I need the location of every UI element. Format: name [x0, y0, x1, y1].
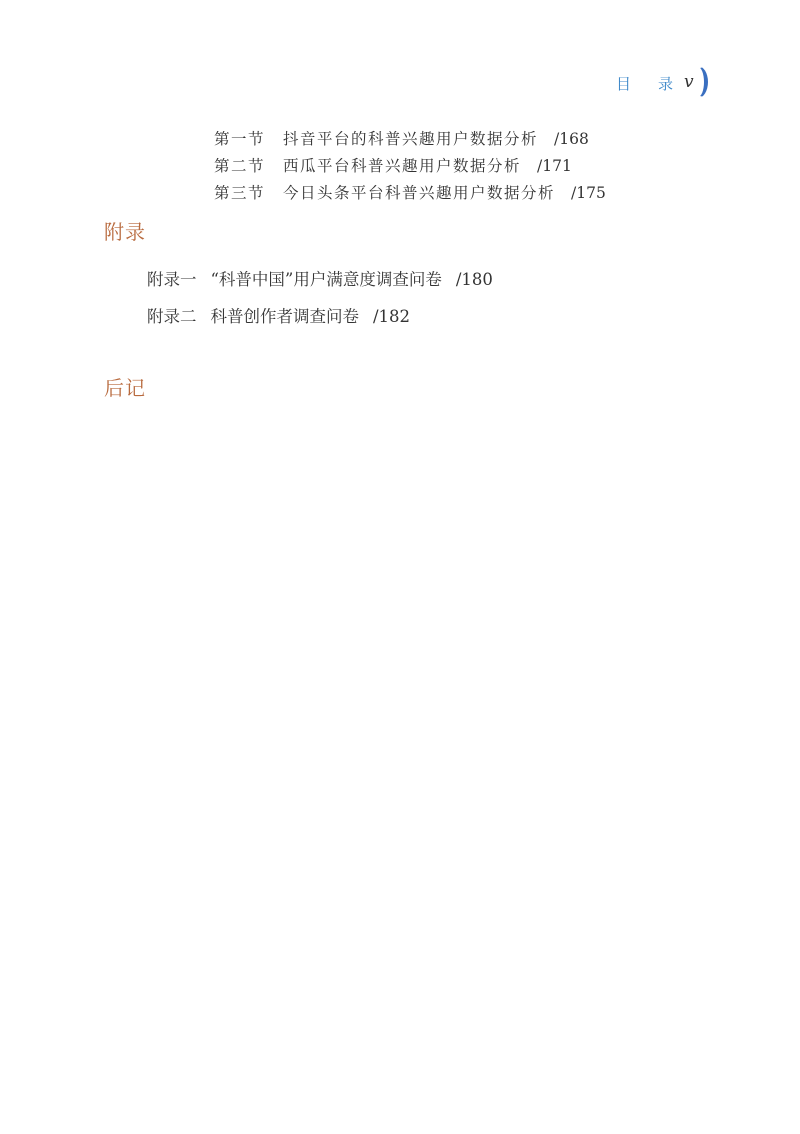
afterword-heading[interactable]: 后记: [104, 372, 146, 401]
appendix-heading[interactable]: 附录: [104, 216, 146, 245]
section-number: 第一节: [214, 127, 265, 149]
section-page: /171: [537, 157, 572, 175]
toc-entry-appendix-2[interactable]: 附录二科普创作者调查问卷/182: [147, 303, 410, 327]
appendix-title: “科普中国”用户满意度调查问卷: [211, 270, 442, 289]
appendix-number: 附录一: [147, 266, 197, 290]
header-title-char-2: 录: [658, 73, 673, 94]
section-title: 抖音平台的科普兴趣用户数据分析: [283, 130, 538, 148]
appendix-page: /182: [373, 307, 410, 326]
running-header: 目 录 v: [612, 70, 712, 100]
toc-entry-appendix-1[interactable]: 附录一“科普中国”用户满意度调查问卷/180: [147, 266, 493, 290]
toc-entry-section-3[interactable]: 第三节今日头条平台科普兴趣用户数据分析/175: [214, 181, 606, 203]
toc-entry-section-1[interactable]: 第一节抖音平台的科普兴趣用户数据分析/168: [214, 127, 589, 149]
appendix-number: 附录二: [147, 303, 197, 327]
section-page: /175: [571, 184, 606, 202]
section-title: 今日头条平台科普兴趣用户数据分析: [283, 184, 555, 202]
section-number: 第二节: [214, 154, 265, 176]
section-page: /168: [554, 130, 589, 148]
decorative-arc-icon: [688, 66, 708, 98]
appendix-page: /180: [456, 270, 493, 289]
section-number: 第三节: [214, 181, 265, 203]
toc-entry-section-2[interactable]: 第二节西瓜平台科普兴趣用户数据分析/171: [214, 154, 572, 176]
section-title: 西瓜平台科普兴趣用户数据分析: [283, 157, 521, 175]
appendix-title: 科普创作者调查问卷: [211, 307, 360, 326]
header-title-char-1: 目: [616, 73, 631, 94]
